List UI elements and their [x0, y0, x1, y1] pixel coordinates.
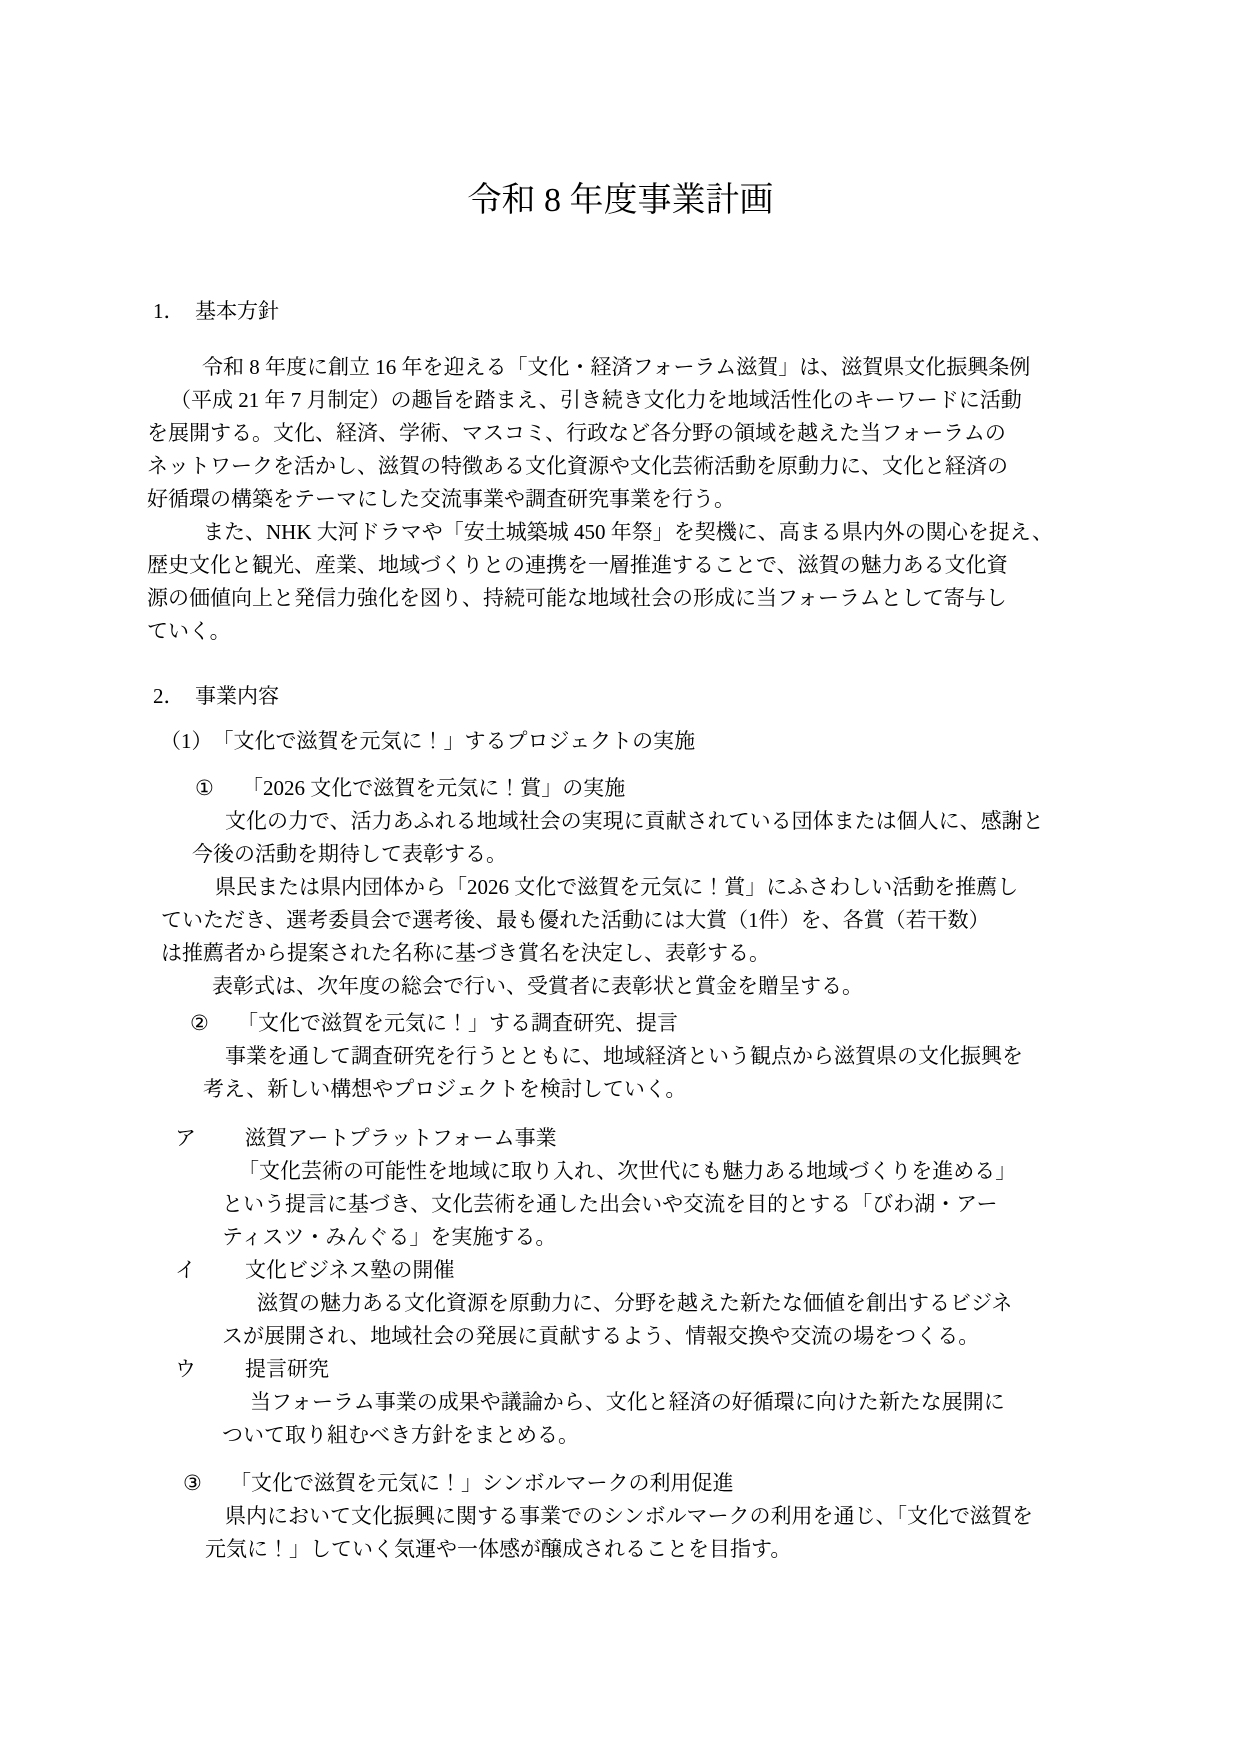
body-line: ていく。 [147, 615, 1241, 648]
body-line: （平成 21 年 7 月制定）の趣旨を踏まえ、引き続き文化力を地域活性化のキーワ… [170, 384, 1241, 417]
item-a-title: 滋賀アートプラットフォーム事業 [245, 1126, 557, 1150]
body-line: 源の価値向上と発信力強化を図り、持続可能な地域社会の形成に当フォーラムとして寄与… [147, 582, 1241, 615]
body-line: 令和 8 年度に創立 16 年を迎える「文化・経済フォーラム滋賀」は、滋賀県文化… [202, 351, 1241, 384]
body-line: 元気に！」していく気運や一体感が醸成されることを目指す。 [205, 1533, 1241, 1566]
body-line: 事業を通して調査研究を行うとともに、地域経済という観点から滋賀県の文化振興を [225, 1040, 1241, 1073]
body-line: という提言に基づき、文化芸術を通した出会いや交流を目的とする「びわ湖・アー [222, 1188, 1241, 1221]
item-i-marker: イ [175, 1254, 245, 1287]
spacer [0, 758, 1241, 772]
body-line: 文化の力で、活力あふれる地域社会の実現に貢献されている団体または個人に、感謝と [225, 805, 1241, 838]
body-line: ネットワークを活かし、滋賀の特徴ある文化資源や文化芸術活動を原動力に、文化と経済… [147, 450, 1241, 483]
spacer [0, 1452, 1241, 1467]
spacer [0, 1106, 1241, 1122]
body-line: また、NHK 大河ドラマや「安土城築城 450 年祭」を契機に、高まる県内外の関… [203, 516, 1241, 549]
spacer [0, 713, 1241, 725]
section-2-heading: 2． 事業内容 [153, 680, 1241, 713]
body-line: を展開する。文化、経済、学術、マスコミ、行政など各分野の領域を越えた当フォーラム… [147, 417, 1241, 450]
item-a-marker: ア [175, 1122, 245, 1155]
numbered-item-2: ②「文化で滋賀を元気に！」する調査研究、提言 [190, 1007, 1241, 1040]
item-2-title: 「文化で滋賀を元気に！」する調査研究、提言 [237, 1011, 678, 1035]
kana-item-u: ウ提言研究 [175, 1353, 1241, 1386]
numbered-item-1: ①「2026 文化で滋賀を元気に！賞」の実施 [195, 772, 1241, 805]
body-line: 歴史文化と観光、産業、地域づくりとの連携を一層推進することで、滋賀の魅力ある文化… [147, 549, 1241, 582]
body-line: 好循環の構築をテーマにした交流事業や調査研究事業を行う。 [147, 483, 1241, 516]
body-line: ついて取り組むべき方針をまとめる。 [222, 1419, 1241, 1452]
body-line: 滋賀の魅力ある文化資源を原動力に、分野を越えた新たな価値を創出するビジネ [257, 1287, 1241, 1320]
body-line: 考え、新しい構想やプロジェクトを検討していく。 [203, 1073, 1241, 1106]
item-3-title: 「文化で滋賀を元気に！」シンボルマークの利用促進 [230, 1471, 733, 1495]
spacer [0, 648, 1241, 680]
numbered-item-3: ③「文化で滋賀を元気に！」シンボルマークの利用促進 [183, 1467, 1241, 1500]
item-u-title: 提言研究 [245, 1357, 329, 1381]
body-line: は推薦者から提案された名称に基づき賞名を決定し、表彰する。 [161, 937, 1241, 970]
item-2-marker: ② [190, 1007, 237, 1040]
item-3-marker: ③ [183, 1467, 230, 1500]
body-line: ティスツ・みんぐる」を実施する。 [222, 1221, 1241, 1254]
body-line: ていただき、選考委員会で選考後、最も優れた活動には大賞（1件）を、各賞（若干数） [161, 904, 1241, 937]
body-line: 当フォーラム事業の成果や議論から、文化と経済の好循環に向けた新たな展開に [250, 1386, 1241, 1419]
item-1-title: 「2026 文化で滋賀を元気に！賞」の実施 [242, 776, 625, 800]
page-title: 令和 8 年度事業計画 [0, 182, 1241, 220]
document-page: 令和 8 年度事業計画 1． 基本方針 令和 8 年度に創立 16 年を迎える「… [0, 0, 1241, 1755]
kana-item-a: ア滋賀アートプラットフォーム事業 [175, 1122, 1241, 1155]
body-line: 県内において文化振興に関する事業でのシンボルマークの利用を通じ、「文化で滋賀を [225, 1500, 1241, 1533]
body-line: 県民または県内団体から「2026 文化で滋賀を元気に！賞」にふさわしい活動を推薦… [215, 871, 1241, 904]
subsection-1-heading: （1） 「文化で滋賀を元気に！」するプロジェクトの実施 [160, 725, 1241, 758]
kana-item-i: イ文化ビジネス塾の開催 [175, 1254, 1241, 1287]
item-i-title: 文化ビジネス塾の開催 [245, 1258, 454, 1282]
body-line: 「文化芸術の可能性を地域に取り入れ、次世代にも魅力ある地域づくりを進める」 [238, 1155, 1241, 1188]
body-line: 表彰式は、次年度の総会で行い、受賞者に表彰状と賞金を贈呈する。 [212, 970, 1241, 1003]
spacer [0, 0, 1241, 182]
item-1-marker: ① [195, 772, 242, 805]
body-line: 今後の活動を期待して表彰する。 [192, 838, 1241, 871]
spacer [0, 220, 1241, 295]
body-line: スが展開され、地域社会の発展に貢献するよう、情報交換や交流の場をつくる。 [222, 1320, 1241, 1353]
item-u-marker: ウ [175, 1353, 245, 1386]
spacer [0, 328, 1241, 351]
section-1-heading: 1． 基本方針 [153, 295, 1241, 328]
